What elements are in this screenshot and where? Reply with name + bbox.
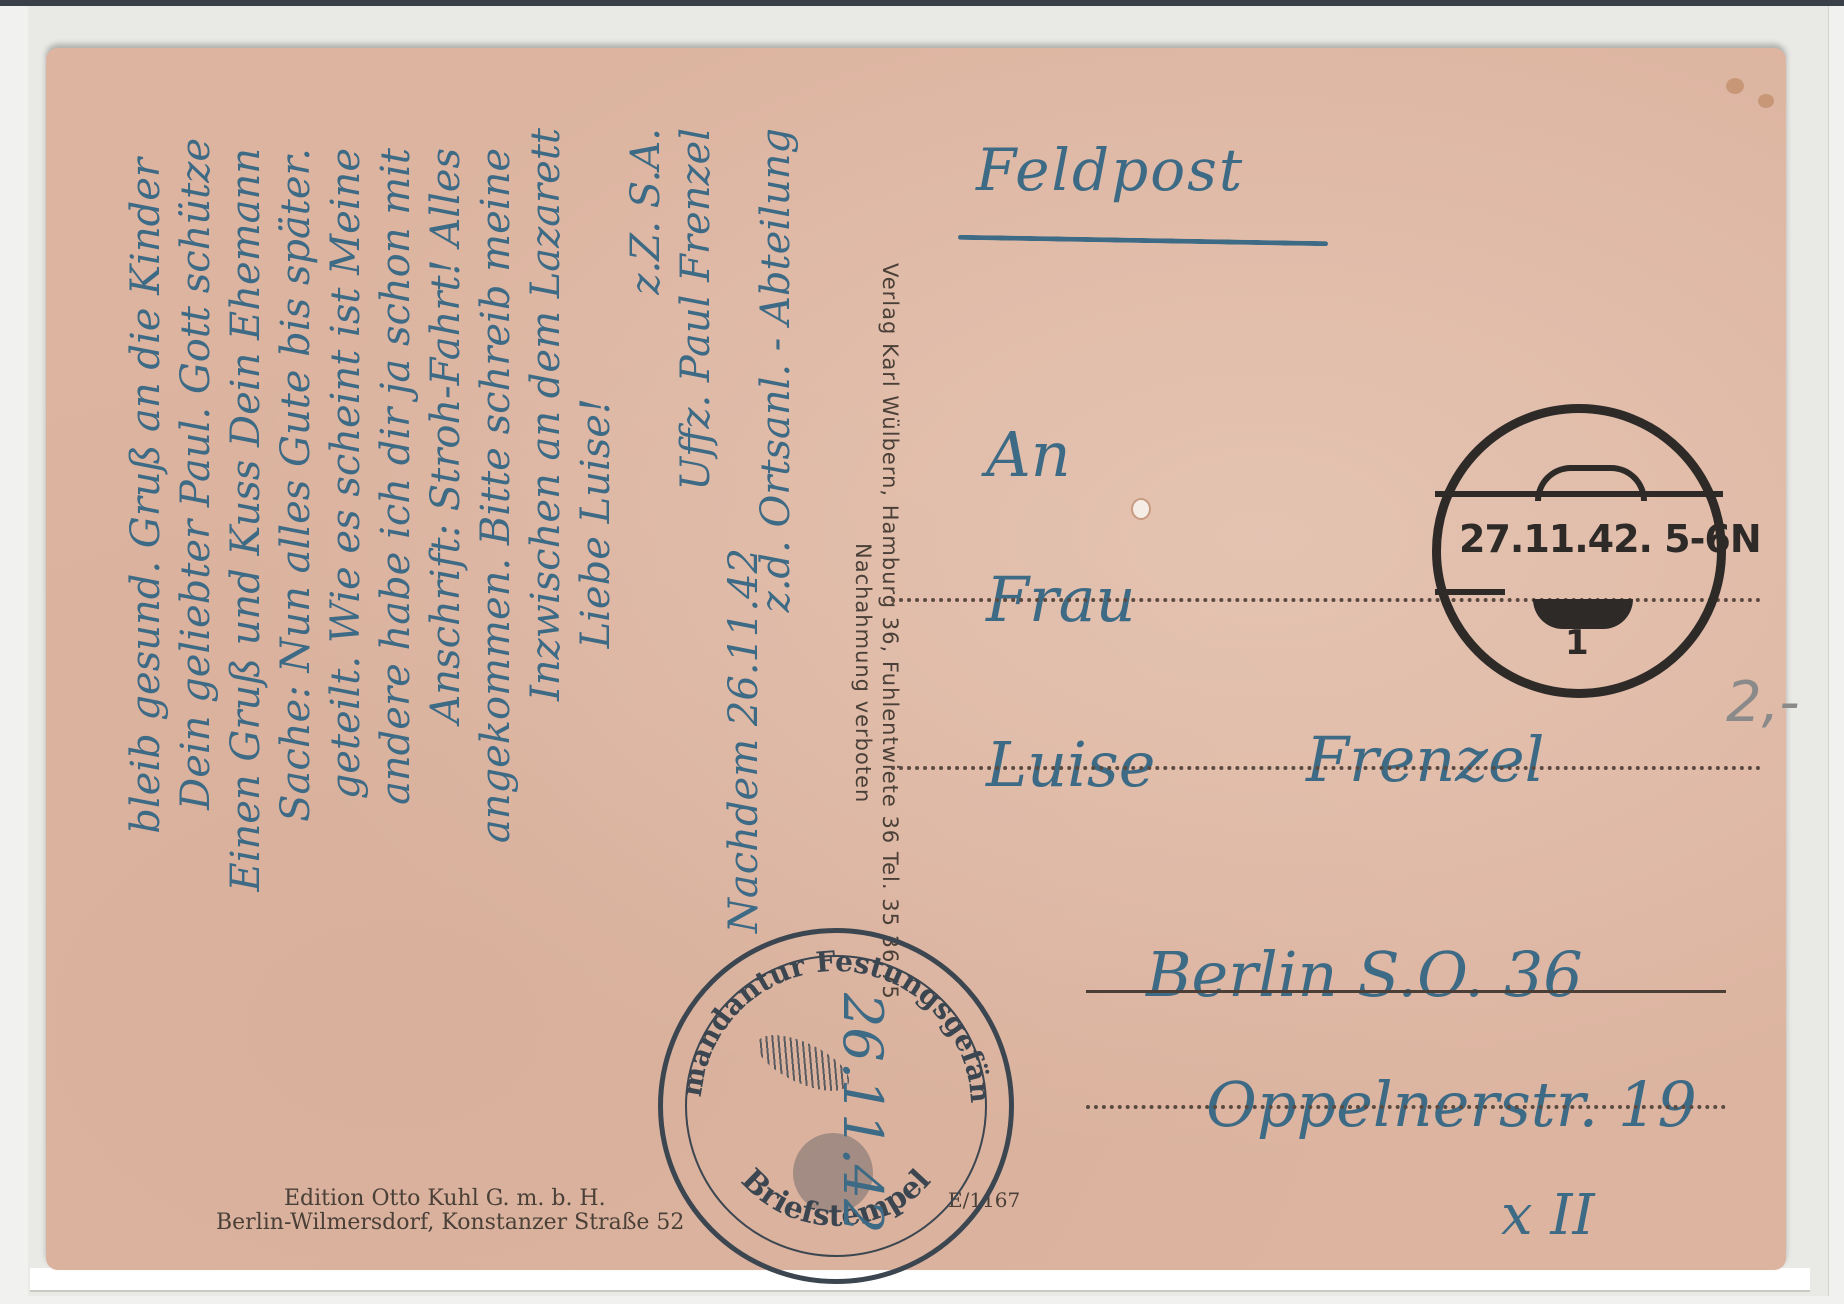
message-line: z.d. Ortsanl. - Abteilung: [756, 128, 796, 612]
stain: [1726, 78, 1744, 94]
message-line: Inzwischen an dem Lazarett: [526, 128, 566, 701]
address-given-name: Luise: [986, 728, 1155, 801]
publisher-line-2: Nachahmung verboten: [851, 543, 875, 803]
pin-hole: [1131, 498, 1151, 520]
address-dotted-line: [1086, 1105, 1726, 1109]
address-dotted-line: [891, 766, 1761, 770]
postmark: 27.11.42. 5-6N 1: [1432, 404, 1726, 698]
address-line-an: An: [986, 418, 1071, 491]
message-line: Dein geliebter Paul. Gott schütze: [176, 138, 216, 810]
message-line: andere habe ich dir ja schon mit: [376, 148, 416, 805]
postmark-office-number: 1: [1565, 623, 1589, 663]
edition-line-2: Berlin-Wilmersdorf, Konstanzer Straße 52: [216, 1210, 684, 1235]
message-line: Liebe Luise!: [576, 398, 616, 648]
message-line: z.Z. S.A.: [626, 128, 666, 295]
message-line: Uffz. Paul Frenzel: [676, 128, 716, 491]
publisher-line-1: Verlag Karl Wülbern, Hamburg 36, Fuhlent…: [878, 263, 902, 1000]
edition-line-1: Edition Otto Kuhl G. m. b. H.: [284, 1186, 606, 1211]
address-floor: x II: [1501, 1183, 1595, 1248]
postmark-date: 27.11.42. 5-6N: [1459, 517, 1761, 561]
message-line: geteilt. Wie es scheint ist Meine: [326, 148, 366, 799]
feldpost-underline: [958, 235, 1328, 246]
message-line: Anschrift: Stroh-Fahrt! Alles: [426, 148, 466, 724]
postcard: bleib gesund. Gruß an die Kinder Dein ge…: [46, 48, 1786, 1270]
stain: [1758, 94, 1774, 108]
message-line: angekommen. Bitte schreib meine: [476, 148, 516, 843]
postmark-band: [1435, 589, 1505, 595]
pencil-price-note: 2,-: [1726, 670, 1800, 735]
address-city: Berlin S.O. 36: [1146, 938, 1583, 1011]
address-city-underline: [1086, 990, 1726, 993]
handwritten-date: 26.11.42: [831, 993, 894, 1233]
address-surname: Frenzel: [1306, 723, 1544, 796]
postmark-bridge-ornament: [1535, 465, 1647, 501]
message-line: Sache: Nun alles Gute bis später.: [276, 148, 316, 822]
censor-stamp: Kommandantur Festungsgefängnis Briefstem…: [658, 928, 1014, 1284]
message-line: Einen Gruß und Kuss Dein Ehemann: [226, 148, 266, 892]
message-line: bleib gesund. Gruß an die Kinder: [126, 158, 166, 834]
feldpost-label: Feldpost: [976, 136, 1244, 204]
